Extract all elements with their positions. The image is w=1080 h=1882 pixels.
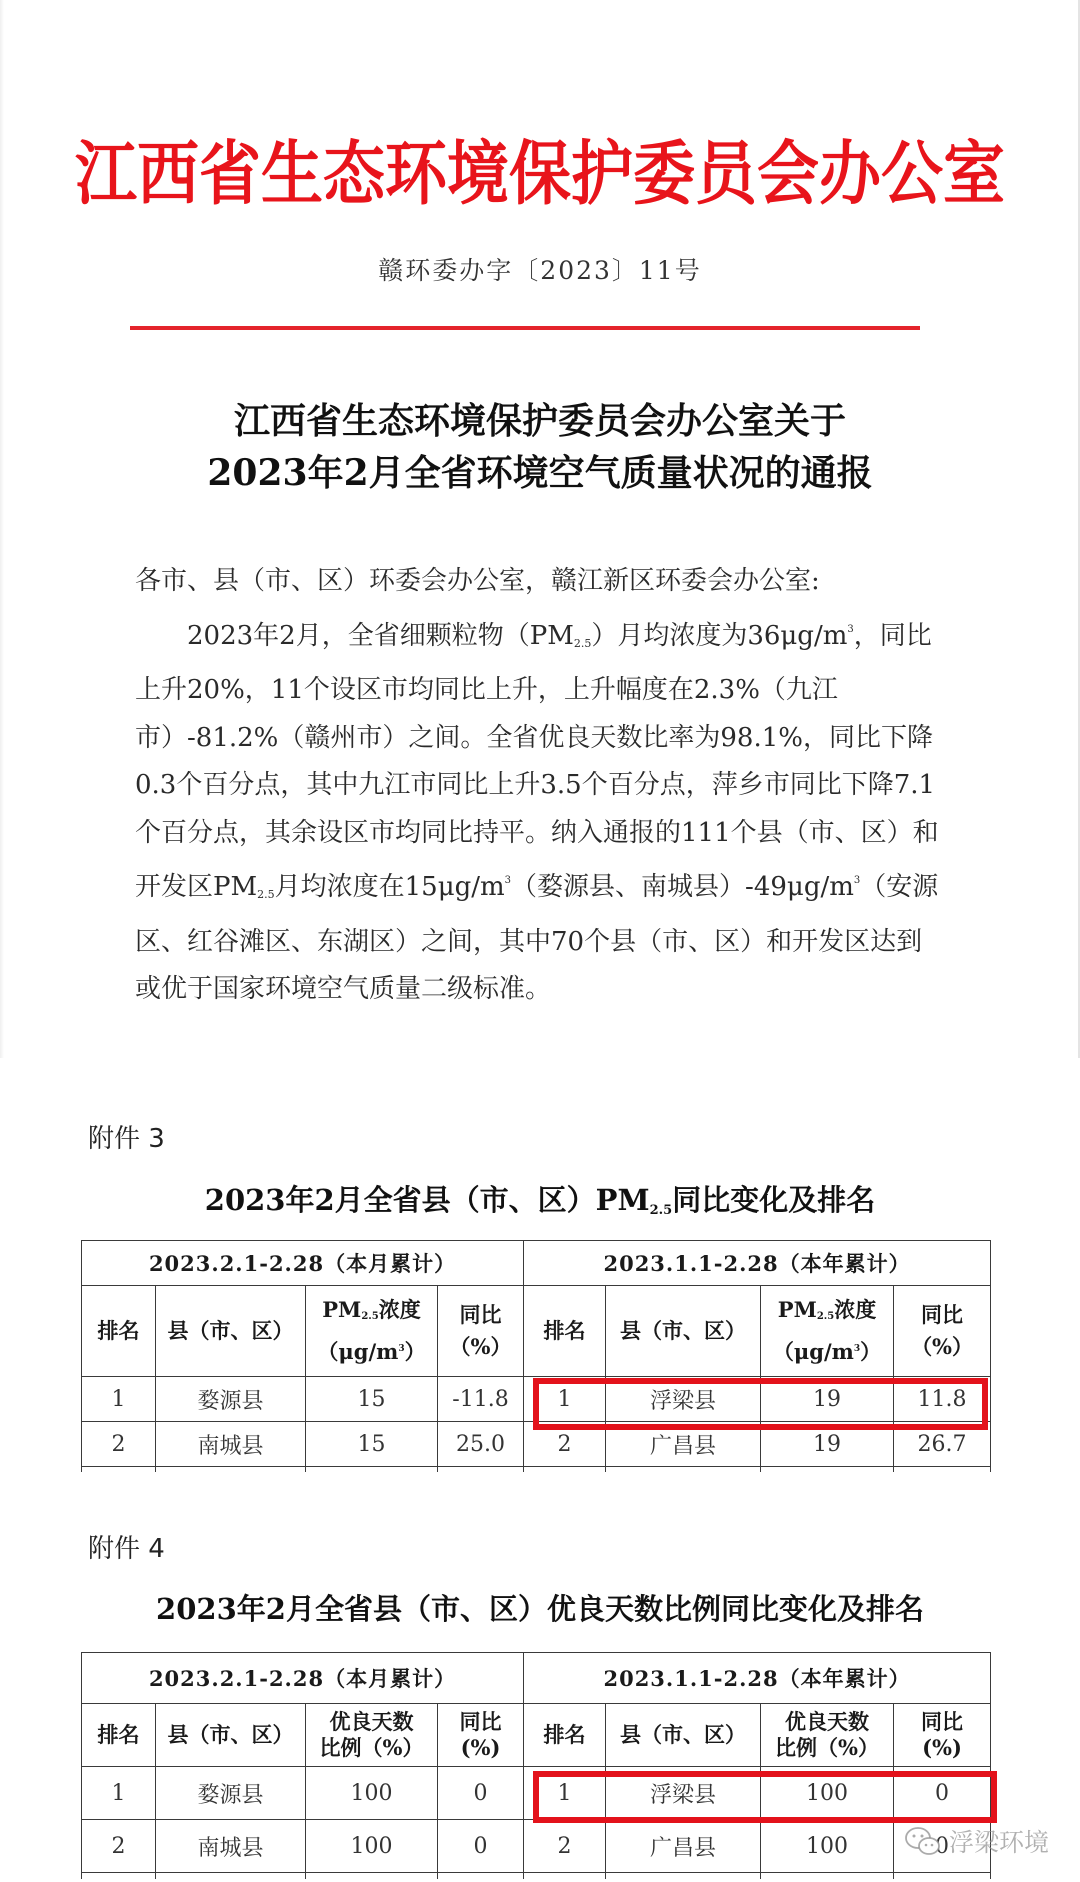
col-yoy: 同比（%） <box>438 1286 524 1377</box>
table-row: 1 婺源县 100 0 1 浮梁县 100 0 <box>82 1767 991 1820</box>
col-county: 县（市、区） <box>606 1704 761 1767</box>
body-paragraph: 2023年2月，全省细颗粒物（PM2.5）月均浓度为36μg/m3，同比上升20… <box>135 606 940 1014</box>
group-header-month: 2023.2.1-2.28（本月累计） <box>82 1653 524 1704</box>
attachment4-table: 2023.2.1-2.28（本月累计） 2023.1.1-2.28（本年累计） … <box>81 1652 991 1879</box>
org-title: 江西省生态环境保护委员会办公室 <box>0 118 1080 218</box>
document-page: 江西省生态环境保护委员会办公室 赣环委办字〔2023〕11号 江西省生态环境保护… <box>0 0 1080 1058</box>
table-row: 2 南城县 100 0 2 广昌县 100 0 <box>82 1820 991 1873</box>
cell-rank: 1 <box>524 1767 606 1820</box>
cell-yoy: 11.8 <box>894 1377 991 1422</box>
cell-rank: 1 <box>524 1377 606 1422</box>
attachment3-title: 2023年2月全省县（市、区）PM2.5同比变化及排名 <box>0 1178 1080 1219</box>
attachment3-table-clip: 2023.2.1-2.28（本月累计） 2023.1.1-2.28（本年累计） … <box>0 1240 1080 1472</box>
cell-yoy: 0 <box>438 1767 524 1820</box>
red-divider <box>130 326 920 330</box>
col-good-days: 优良天数比例（%） <box>306 1704 438 1767</box>
cell-value: 19 <box>761 1377 894 1422</box>
cell-county: 南城县 <box>156 1422 306 1467</box>
col-yoy: 同比(%) <box>438 1704 524 1767</box>
group-header-month: 2023.2.1-2.28（本月累计） <box>82 1241 524 1286</box>
attachment3-label: 附件 3 <box>88 1118 165 1155</box>
col-yoy: 同比（%） <box>894 1286 991 1377</box>
table-row: 2 南城县 15 25.0 2 广昌县 19 26.7 <box>82 1422 991 1467</box>
col-rank: 排名 <box>82 1704 156 1767</box>
cell-rank: 1 <box>82 1767 156 1820</box>
cell-yoy: 25.0 <box>438 1422 524 1467</box>
cell-value: 100 <box>306 1767 438 1820</box>
cell-county: 广昌县 <box>606 1820 761 1873</box>
wechat-icon <box>903 1824 943 1858</box>
cell-value: 15 <box>306 1422 438 1467</box>
notice-title: 江西省生态环境保护委员会办公室关于 2023年2月全省环境空气质量状况的通报 <box>0 395 1080 499</box>
cell-value: 100 <box>761 1767 894 1820</box>
body-text: 各市、县（市、区）环委会办公室，赣江新区环委会办公室: 2023年2月，全省细颗… <box>135 558 940 1014</box>
cell-rank: 2 <box>524 1820 606 1873</box>
cell-rank: 2 <box>82 1422 156 1467</box>
cell-county: 广昌县 <box>606 1422 761 1467</box>
cell-rank: 2 <box>524 1422 606 1467</box>
watermark: 浮梁环境 <box>903 1820 1049 1862</box>
cell-value: 100 <box>761 1820 894 1873</box>
col-pm25: PM2.5浓度（μg/m3） <box>306 1286 438 1377</box>
notice-title-line2: 2023年2月全省环境空气质量状况的通报 <box>0 447 1080 499</box>
cell-county: 婺源县 <box>156 1377 306 1422</box>
cell-yoy: -11.8 <box>438 1377 524 1422</box>
attachment4-label: 附件 4 <box>88 1528 165 1565</box>
col-pm25: PM2.5浓度（μg/m3） <box>761 1286 894 1377</box>
cell-county: 浮梁县 <box>606 1377 761 1422</box>
col-rank: 排名 <box>524 1704 606 1767</box>
col-county: 县（市、区） <box>606 1286 761 1377</box>
cell-rank: 2 <box>82 1820 156 1873</box>
doc-number: 赣环委办字〔2023〕11号 <box>0 251 1080 287</box>
cell-county: 婺源县 <box>156 1767 306 1820</box>
cell-county: 浮梁县 <box>606 1767 761 1820</box>
attachment3-table: 2023.2.1-2.28（本月累计） 2023.1.1-2.28（本年累计） … <box>81 1240 991 1472</box>
col-yoy: 同比(%) <box>894 1704 991 1767</box>
watermark-text: 浮梁环境 <box>949 1823 1049 1859</box>
cell-yoy: 0 <box>438 1820 524 1873</box>
col-rank: 排名 <box>82 1286 156 1377</box>
col-rank: 排名 <box>524 1286 606 1377</box>
cell-yoy: 26.7 <box>894 1422 991 1467</box>
cell-value: 100 <box>306 1820 438 1873</box>
notice-title-line1: 江西省生态环境保护委员会办公室关于 <box>0 395 1080 447</box>
attachment4-title: 2023年2月全省县（市、区）优良天数比例同比变化及排名 <box>0 1587 1080 1628</box>
salutation: 各市、县（市、区）环委会办公室，赣江新区环委会办公室: <box>135 558 940 606</box>
group-header-year: 2023.1.1-2.28（本年累计） <box>524 1241 991 1286</box>
cell-yoy: 0 <box>894 1767 991 1820</box>
cell-rank: 1 <box>82 1377 156 1422</box>
cell-county: 南城县 <box>156 1820 306 1873</box>
col-county: 县（市、区） <box>156 1704 306 1767</box>
cell-value: 19 <box>761 1422 894 1467</box>
table-row: 1 婺源县 15 -11.8 1 浮梁县 19 11.8 <box>82 1377 991 1422</box>
col-good-days: 优良天数比例（%） <box>761 1704 894 1767</box>
cell-value: 15 <box>306 1377 438 1422</box>
col-county: 县（市、区） <box>156 1286 306 1377</box>
group-header-year: 2023.1.1-2.28（本年累计） <box>524 1653 991 1704</box>
